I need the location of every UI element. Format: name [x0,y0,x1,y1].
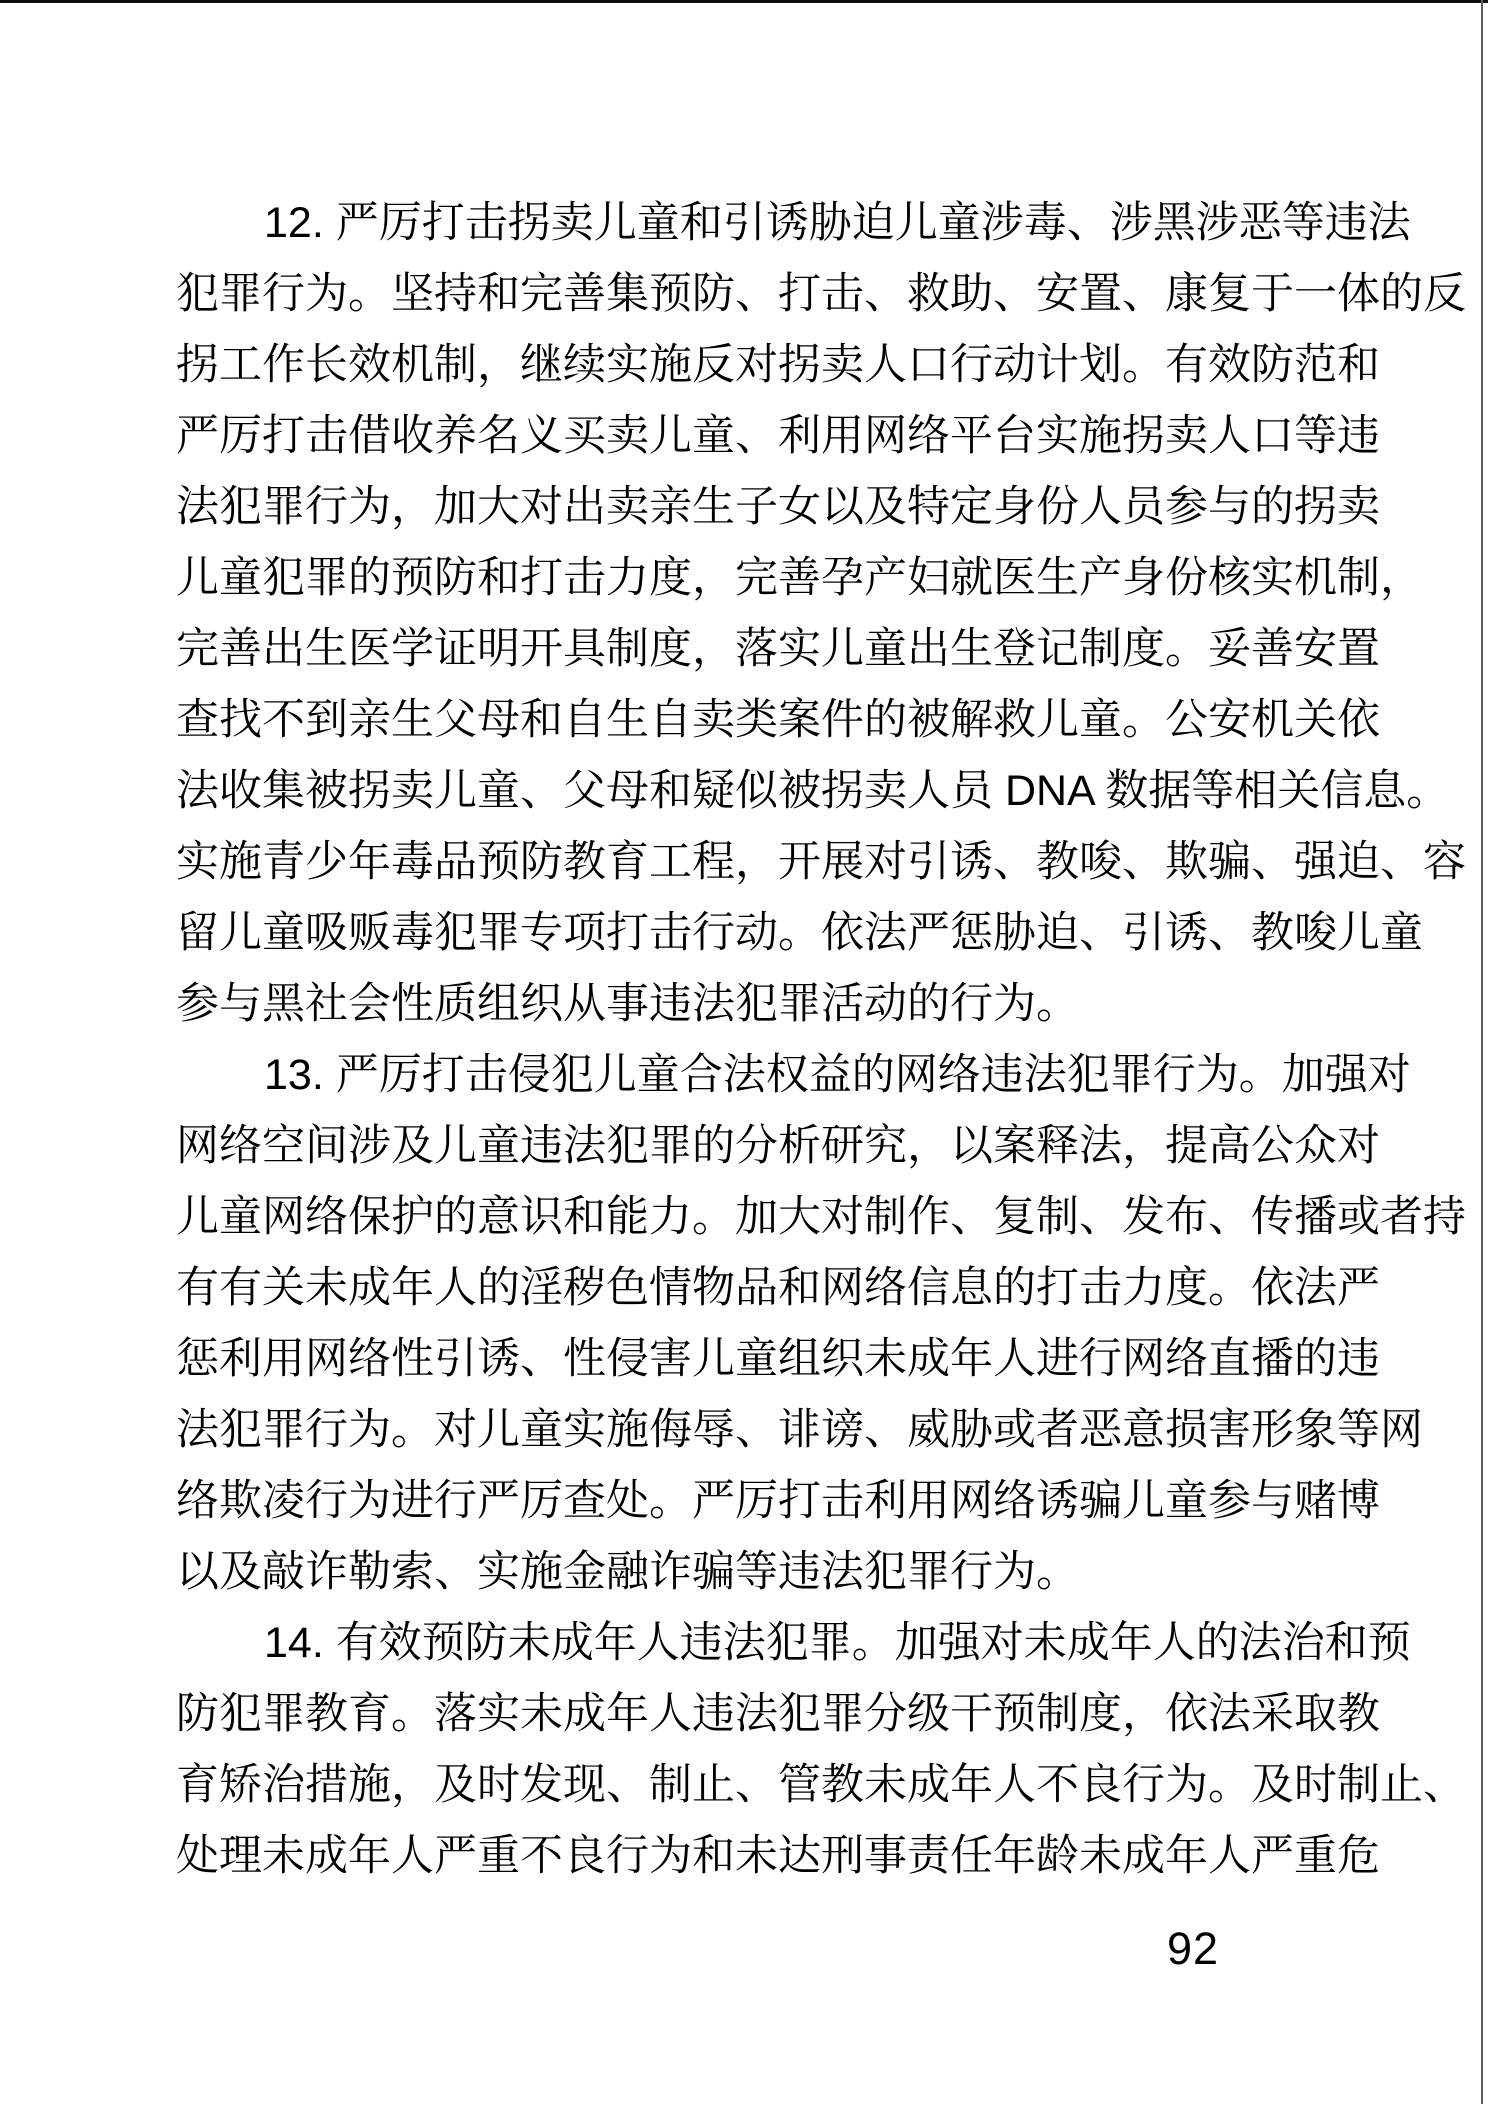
text-line: 儿童网络保护的意识和能力。加大对制作、复制、发布、传播或者持 [176,1182,1352,1253]
text-line: 13. 严厉打击侵犯儿童合法权益的网络违法犯罪行为。加强对 [176,1040,1352,1111]
text-line: 法犯罪行为。对儿童实施侮辱、诽谤、威胁或者恶意损害形象等网 [176,1395,1352,1466]
text-line: 网络空间涉及儿童违法犯罪的分析研究，以案释法，提高公众对 [176,1111,1352,1182]
text-line: 查找不到亲生父母和自生自卖类案件的被解救儿童。公安机关依 [176,685,1352,756]
text-line: 犯罪行为。坚持和完善集预防、打击、救助、安置、康复于一体的反 [176,259,1352,330]
text-line: 留儿童吸贩毒犯罪专项打击行动。依法严惩胁迫、引诱、教唆儿童 [176,898,1352,969]
text-line: 完善出生医学证明开具制度，落实儿童出生登记制度。妥善安置 [176,614,1352,685]
scan-edge-right-line [1481,0,1483,2104]
text-line: 实施青少年毒品预防教育工程，开展对引诱、教唆、欺骗、强迫、容 [176,827,1352,898]
text-line: 严厉打击借收养名义买卖儿童、利用网络平台实施拐卖人口等违 [176,401,1352,472]
text-line: 惩利用网络性引诱、性侵害儿童组织未成年人进行网络直播的违 [176,1324,1352,1395]
text-line: 参与黑社会性质组织从事违法犯罪活动的行为。 [176,969,1352,1040]
text-line: 法犯罪行为，加大对出卖亲生子女以及特定身份人员参与的拐卖 [176,472,1352,543]
document-page: 12. 严厉打击拐卖儿童和引诱胁迫儿童涉毒、涉黑涉恶等违法犯罪行为。坚持和完善集… [0,0,1488,2104]
body-text-block: 12. 严厉打击拐卖儿童和引诱胁迫儿童涉毒、涉黑涉恶等违法犯罪行为。坚持和完善集… [176,188,1352,1892]
text-line: 14. 有效预防未成年人违法犯罪。加强对未成年人的法治和预 [176,1608,1352,1679]
document-page-background: { "document": { "page_number": "92", "pa… [0,0,1488,2104]
text-line: 12. 严厉打击拐卖儿童和引诱胁迫儿童涉毒、涉黑涉恶等违法 [176,188,1352,259]
text-line: 以及敲诈勒索、实施金融诈骗等违法犯罪行为。 [176,1537,1352,1608]
text-line: 拐工作长效机制，继续实施反对拐卖人口行动计划。有效防范和 [176,330,1352,401]
text-line: 有有关未成年人的淫秽色情物品和网络信息的打击力度。依法严 [176,1253,1352,1324]
text-line: 育矫治措施，及时发现、制止、管教未成年人不良行为。及时制止、 [176,1750,1352,1821]
text-line: 处理未成年人严重不良行为和未达刑事责任年龄未成年人严重危 [176,1821,1352,1892]
page-number: 92 [1167,1926,1219,1971]
text-line: 法收集被拐卖儿童、父母和疑似被拐卖人员 DNA 数据等相关信息。 [176,756,1352,827]
text-line: 防犯罪教育。落实未成年人违法犯罪分级干预制度，依法采取教 [176,1679,1352,1750]
scan-edge-top-line [0,0,1488,3]
text-line: 儿童犯罪的预防和打击力度，完善孕产妇就医生产身份核实机制， [176,543,1352,614]
text-line: 络欺凌行为进行严厉查处。严厉打击利用网络诱骗儿童参与赌博 [176,1466,1352,1537]
